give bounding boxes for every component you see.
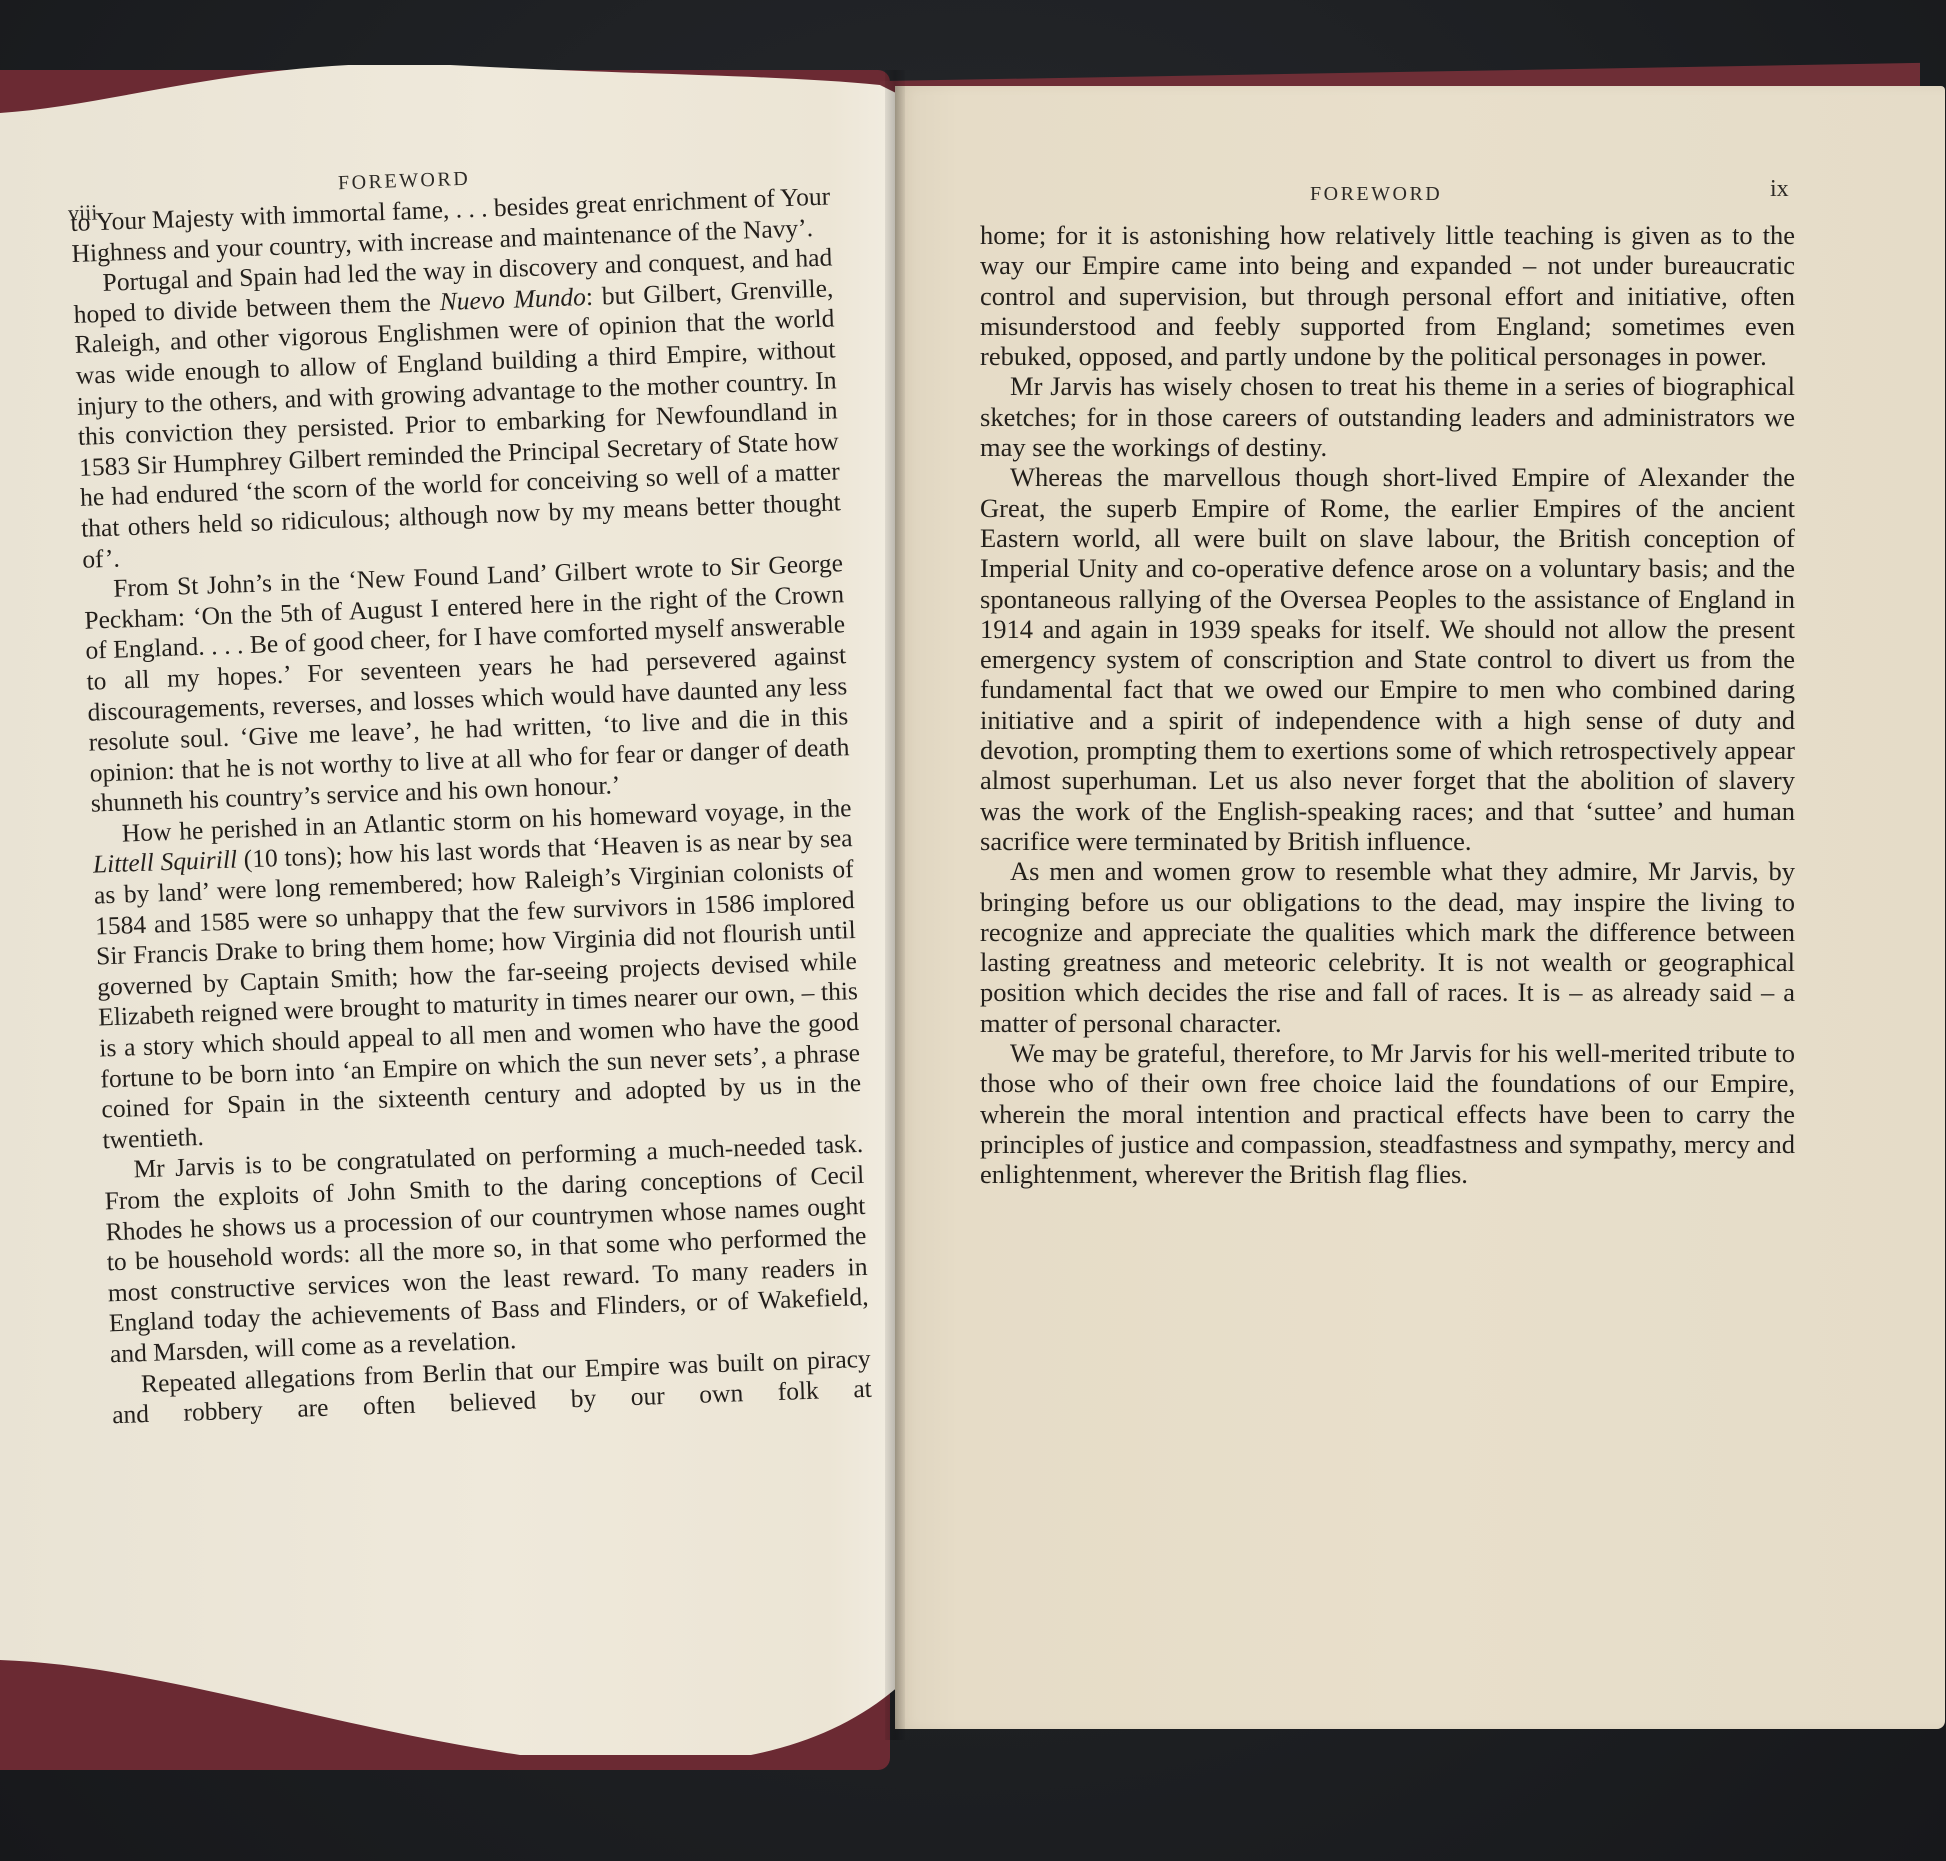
paragraph: home; for it is astonishing how relative… bbox=[980, 220, 1795, 371]
paragraph: Portugal and Spain had led the way in di… bbox=[72, 243, 842, 575]
paragraph: Whereas the marvellous though short-live… bbox=[980, 462, 1795, 856]
right-page-body: home; for it is astonishing how relative… bbox=[980, 220, 1795, 1190]
italic-ship-name: Littell Squirill bbox=[92, 845, 237, 879]
italic-title-nuevo-mundo: Nuevo Mundo bbox=[439, 282, 586, 316]
right-page-number: ix bbox=[1770, 176, 1789, 203]
paragraph: From St John’s in the ‘New Found Land’ G… bbox=[83, 548, 851, 819]
right-running-head: FOREWORD bbox=[1310, 183, 1442, 206]
paragraph: Mr Jarvis is to be congratulated on perf… bbox=[103, 1129, 870, 1370]
left-running-head: FOREWORD bbox=[338, 168, 471, 196]
paragraph: We may be grateful, therefore, to Mr Jar… bbox=[980, 1038, 1795, 1189]
paragraph: As men and women grow to resemble what t… bbox=[980, 856, 1795, 1038]
paragraph: How he perished in an Atlantic storm on … bbox=[91, 793, 862, 1156]
left-page-body: to Your Majesty with immortal fame, . . … bbox=[70, 181, 872, 1431]
paragraph: Mr Jarvis has wisely chosen to treat his… bbox=[980, 371, 1795, 462]
book-gutter bbox=[885, 70, 905, 1740]
